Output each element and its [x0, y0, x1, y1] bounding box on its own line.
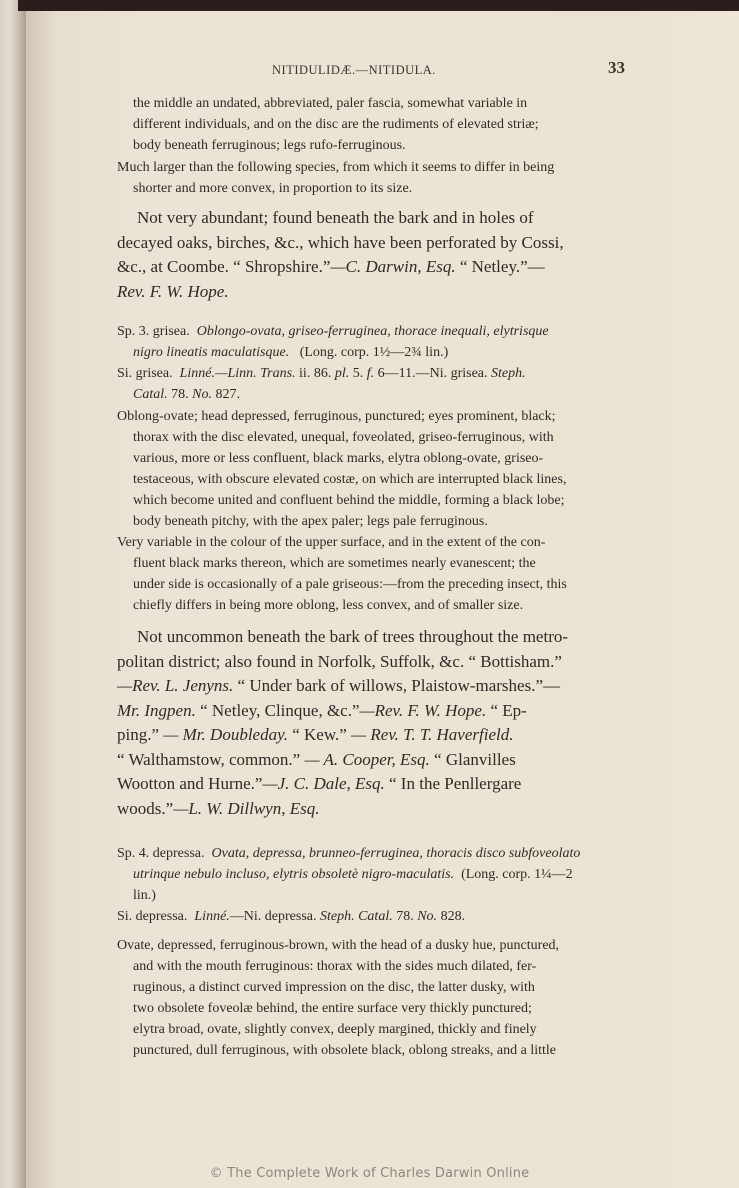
collector-name: Rev. F. W. Hope. [117, 282, 229, 301]
text-line: Not uncommon beneath the bark of trees t… [117, 625, 629, 650]
habitat-note-sp2: Not very abundant; found beneath the bar… [117, 206, 629, 304]
latin-diagnosis: Oblongo-ovata, griseo-ferruginea, thorac… [197, 324, 549, 339]
scan-top-border [18, 0, 739, 11]
text-line: ruginous, a distinct curved impression o… [117, 977, 629, 998]
latin-diagnosis: utrinque nebulo incluso, elytris obsolet… [133, 867, 454, 882]
text-line: —Rev. L. Jenyns. “ Under bark of willows… [117, 674, 629, 699]
collector-name: —L. W. Dillwyn, Esq. [173, 799, 319, 818]
locality-quote: woods.” [117, 799, 173, 818]
citation: 827. [212, 387, 240, 402]
species-label: Sp. 3. grisea. [117, 324, 190, 339]
text-line: &c., at Coombe. “ Shropshire.”—C. Darwin… [117, 255, 629, 280]
locality-quote: “ Ep- [486, 701, 527, 720]
citation: 78. [168, 387, 193, 402]
citation: 828. [437, 909, 465, 924]
text-line: elytra broad, ovate, slightly convex, de… [117, 1019, 629, 1040]
description-grisea: Oblong-ovate; head depressed, ferruginou… [117, 406, 629, 532]
text-line: body beneath ferruginous; legs rufo-ferr… [117, 135, 629, 156]
locality-quote: “ Under bark of willows, Plaistow-marshe… [233, 676, 560, 695]
text-line: ping.” — Mr. Doubleday. “ Kew.” — Rev. T… [117, 723, 629, 748]
text-line: punctured, dull ferruginous, with obsole… [117, 1040, 629, 1061]
locality-quote: “ Netley.”— [456, 257, 545, 276]
text-line: Oblong-ovate; head depressed, ferruginou… [117, 406, 629, 427]
species-entry-grisea: Sp. 3. grisea. Oblongo-ovata, griseo-fer… [117, 321, 629, 405]
latin-diagnosis: nigro lineatis maculatisque. [133, 345, 289, 360]
citation: —Ni. depressa. [230, 909, 320, 924]
text-line: “ Walthamstow, common.” — A. Cooper, Esq… [117, 748, 629, 773]
citation: Catal. [133, 387, 168, 402]
text-line: fluent black marks thereon, which are so… [117, 553, 629, 574]
citation: No. [192, 387, 212, 402]
text-line: chiefly differs in being more oblong, le… [117, 595, 629, 616]
species-label: Sp. 4. depressa. [117, 846, 205, 861]
locality-quote: “ Kew.” [288, 725, 351, 744]
text-line: decayed oaks, birches, &c., which have b… [117, 231, 629, 256]
citation: 78. [393, 909, 418, 924]
locality-quote: “ In the Penllergare [385, 774, 522, 793]
collector-name: —Rev. L. Jenyns. [117, 676, 233, 695]
text-line: two obsolete foveolæ behind, the entire … [117, 998, 629, 1019]
locality-quote: Wootton and Hurne.” [117, 774, 262, 793]
citation: 6—11.—Ni. grisea. [374, 366, 491, 381]
latin-diagnosis: Ovata, depressa, brunneo-ferruginea, tho… [212, 846, 581, 861]
text-line: lin.) [117, 885, 629, 906]
locality-quote: “ Glanvilles [430, 750, 516, 769]
collector-name: —C. Darwin, Esq. [330, 257, 455, 276]
book-spine-edge [0, 0, 26, 1188]
locality-quote: “ Walthamstow, common.” [117, 750, 304, 769]
text-line: nigro lineatis maculatisque. (Long. corp… [117, 342, 629, 363]
collector-name: — Mr. Doubleday. [163, 725, 288, 744]
collector-name: —Rev. F. W. Hope. [360, 701, 487, 720]
text-line: Rev. F. W. Hope. [117, 280, 629, 305]
text-line: politan district; also found in Norfolk,… [117, 650, 629, 675]
citation: f. [367, 366, 374, 381]
synonymy: Si. grisea. Linné.—Linn. Trans. ii. 86. … [117, 363, 629, 384]
synonymy: Catal. 78. No. 827. [117, 384, 629, 405]
description-depressa: Ovate, depressed, ferruginous-brown, wit… [117, 935, 629, 1061]
running-head: NITIDULIDÆ.—NITIDULA. [272, 63, 436, 78]
collector-name: — Rev. T. T. Haverfield. [351, 725, 513, 744]
text-line: which become united and confluent behind… [117, 490, 629, 511]
synonymy: Si. depressa. Linné.—Ni. depressa. Steph… [117, 906, 629, 927]
species-heading: Sp. 3. grisea. Oblongo-ovata, griseo-fer… [117, 321, 629, 342]
page-number: 33 [608, 58, 625, 78]
habitat-note-grisea: Not uncommon beneath the bark of trees t… [117, 625, 629, 821]
citation: Steph. Catal. [320, 909, 393, 924]
text-line: Mr. Ingpen. “ Netley, Clinque, &c.”—Rev.… [117, 699, 629, 724]
text-line: Very variable in the colour of the upper… [117, 532, 629, 553]
collector-name: —J. C. Dale, Esq. [262, 774, 384, 793]
text-line: shorter and more convex, in proportion t… [117, 178, 629, 199]
locality-quote: &c., at Coombe. “ Shropshire.” [117, 257, 330, 276]
text-line: and with the mouth ferruginous: thorax w… [117, 956, 629, 977]
species-heading: Sp. 4. depressa. Ovata, depressa, brunne… [117, 843, 629, 864]
collector-name: — A. Cooper, Esq. [304, 750, 429, 769]
synonym-label: Si. depressa. [117, 909, 187, 924]
citation: pl. [335, 366, 349, 381]
text-line: under side is occasionally of a pale gri… [117, 574, 629, 595]
body-length: (Long. corp. 1¼—2 [461, 867, 573, 882]
citation: Linné. [194, 909, 229, 924]
collector-name: Mr. Ingpen. [117, 701, 196, 720]
text-line: utrinque nebulo incluso, elytris obsolet… [117, 864, 629, 885]
text-line: Wootton and Hurne.”—J. C. Dale, Esq. “ I… [117, 772, 629, 797]
citation: Steph. [491, 366, 526, 381]
text-line: Much larger than the following species, … [117, 157, 629, 178]
text-line: thorax with the disc elevated, unequal, … [117, 427, 629, 448]
text-line: woods.”—L. W. Dillwyn, Esq. [117, 797, 629, 822]
body-length: (Long. corp. 1½—2¾ lin.) [300, 345, 449, 360]
citation: No. [417, 909, 437, 924]
text-line: body beneath pitchy, with the apex paler… [117, 511, 629, 532]
comparison-note: Much larger than the following species, … [117, 157, 629, 199]
citation: Linné.—Linn. Trans. [180, 366, 296, 381]
locality-quote: “ Netley, Clinque, &c.” [196, 701, 360, 720]
synonym-label: Si. grisea. [117, 366, 173, 381]
locality-quote: ping.” [117, 725, 163, 744]
variation-note-grisea: Very variable in the colour of the upper… [117, 532, 629, 616]
text-line: testaceous, with obscure elevated costæ,… [117, 469, 629, 490]
text-line: different individuals, and on the disc a… [117, 114, 629, 135]
text-line: the middle an undated, abbreviated, pale… [117, 93, 629, 114]
citation: 5. [349, 366, 367, 381]
text-line: Ovate, depressed, ferruginous-brown, wit… [117, 935, 629, 956]
text-line: various, more or less confluent, black m… [117, 448, 629, 469]
text-line: Not very abundant; found beneath the bar… [117, 206, 629, 231]
citation: ii. 86. [296, 366, 335, 381]
species-entry-depressa: Sp. 4. depressa. Ovata, depressa, brunne… [117, 843, 629, 927]
description-continuation: the middle an undated, abbreviated, pale… [117, 93, 629, 156]
copyright-watermark: © The Complete Work of Charles Darwin On… [0, 1166, 739, 1181]
